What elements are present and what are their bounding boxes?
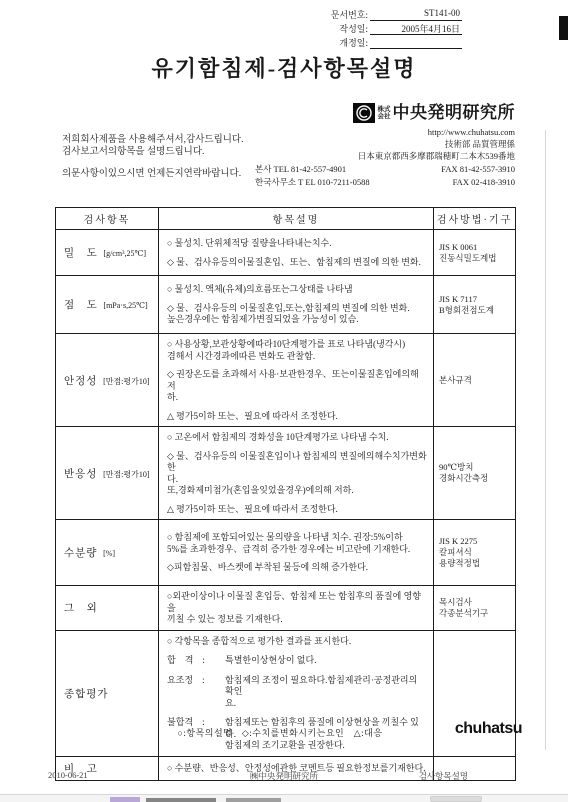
desc-line: ○ 사용상황,보관상황에따라10단계평가를 표로 나타냄(냉각시) 겸해서 시간… (167, 339, 427, 362)
company-contact-row-2: 한국사무소 T EL 010-7211-0588 FAX 02-418-3910 (255, 176, 515, 188)
desc-line: ◇ 물、검사유등의이물질혼입、또는、함침제의 변질에 의한 변화. (167, 257, 427, 269)
symbol-legend: ○:항목의설명 ◇:수치를변화시키는요인 △:대응 (140, 726, 420, 739)
company-name: 中央発明研究所 (393, 107, 516, 119)
doc-number-label: 문서번호: (331, 8, 368, 21)
cropped-corner-mark (559, 16, 568, 40)
company-prefix-line1: 株式 (378, 106, 391, 113)
cropped-fragment (430, 796, 482, 802)
method-cell: 본사규격 (434, 334, 516, 427)
company-block: 株式 会社 中央発明研究所 http://www.chuhatsu.com 技術… (255, 103, 515, 188)
table-row-moisture: 수분량 [%] ○ 함침제에 포함되어있는 물의량을 나타냄 치수. 권장:5%… (56, 520, 516, 586)
company-name-row: 株式 会社 中央発明研究所 (255, 103, 515, 123)
description-cell: ○외관이상이나 이물질 혼입등、함침제 또는 함침후의 품질에 영향을 끼칠 수… (159, 586, 434, 631)
cropped-fragment (110, 797, 140, 802)
verdict-adjust-label: 요조정 : (167, 675, 225, 710)
verdict-adjust: 요조정 : 함침제의 조정이 필요하다.함침제관리·공정관리의 확인 요. (167, 675, 427, 710)
greeting-line-2: 검사보고서의항목을 설명드립니다. (62, 146, 244, 158)
doc-number-row: 문서번호: ST141-00 (331, 8, 462, 21)
page-title: 유기함침제-검사항목설명 (0, 52, 568, 83)
page-edge-shadow (545, 130, 546, 750)
desc-line: △ 평가5이하 또는、필요에 따라서 조정한다. (167, 504, 427, 516)
method-cell: 90℃방치 경화시간측정 (434, 427, 516, 520)
item-name: 종합평가 (64, 689, 109, 700)
item-name: 점 도 (64, 300, 98, 311)
item-cell: 밀 도 [g/cm³,25℃] (56, 230, 159, 276)
created-date-value: 2005年4月16日 (370, 22, 462, 35)
company-logo-icon (353, 103, 375, 123)
desc-line: ○ 물성치. 단위체적당 질량을나타내는치수. (167, 238, 427, 250)
desc-line: ○ 물성치. 액체(유체)의흐름또는그상태를 나타냄 (167, 284, 427, 296)
table-row-other: 그 외 ○외관이상이나 이물질 혼입등、함침제 또는 함침후의 품질에 영향을 … (56, 586, 516, 631)
item-cell: 점 도 [mPa·s,25℃] (56, 276, 159, 334)
document-page: 문서번호: ST141-00 작성일: 2005年4月16日 개정일: 유기함침… (0, 0, 568, 802)
company-prefix-line2: 会社 (378, 113, 391, 120)
table-row-stability: 안정성 [만점:평가10] ○ 사용상황,보관상황에따라10단계평가를 표로 나… (56, 334, 516, 427)
company-fax-2: FAX 02-418-3910 (453, 176, 515, 188)
verdict-pass-text: 특별한이상현상이 없다. (225, 655, 427, 667)
company-fax-1: FAX 81-42-557-3910 (441, 163, 515, 175)
cropped-fragment (146, 798, 216, 802)
description-cell: ○ 물성치. 액체(유체)의흐름또는그상태를 나타냄 ◇ 물、검사유등의 이물질… (159, 276, 434, 334)
desc-line: ○ 각항목을 종합적으로 평가한 결과를 표시한다. (167, 636, 427, 648)
method-cell: JIS K 0061 진동식밀도계법 (434, 230, 516, 276)
item-name: 안정성 (64, 376, 97, 387)
created-date-row: 작성일: 2005年4月16日 (331, 22, 462, 35)
cropped-fragment (226, 798, 281, 802)
description-cell: ○ 함침제에 포함되어있는 물의량을 나타냄 치수. 권장:5%이하 5%를 초… (159, 520, 434, 586)
header-inspection-item: 검사항목 (56, 208, 159, 230)
method-cell: 목시검사 각종분석기구 (434, 586, 516, 631)
doc-meta: 문서번호: ST141-00 작성일: 2005年4月16日 개정일: (331, 8, 462, 50)
desc-line: ○ 고온에서 함침제의 경화성을 10단계평가로 나타냄 수치. (167, 432, 427, 444)
revision-date-row: 개정일: (331, 36, 462, 49)
method-cell: JIS K 7117 B형회전점도계 (434, 276, 516, 334)
desc-line: ○외관이상이나 이물질 혼입등、함침제 또는 함침후의 품질에 영향을 끼칠 수… (167, 591, 427, 626)
item-unit: [%] (103, 549, 115, 558)
item-name: 그 외 (64, 603, 98, 614)
footer-company: ㈱中央発明研究所 (0, 770, 568, 782)
inspection-table: 검사항목 항목설명 검사방법·기구 밀 도 [g/cm³,25℃] ○ 물성치.… (55, 207, 516, 781)
company-address: 日本東京都西多摩郡瑞穂町二本木539番地 (255, 150, 515, 162)
description-cell: ○ 사용상황,보관상황에따라10단계평가를 표로 나타냄(냉각시) 겸해서 시간… (159, 334, 434, 427)
header-method: 검사방법·기구 (434, 208, 516, 230)
item-cell: 안정성 [만점:평가10] (56, 334, 159, 427)
header-item-description: 항목설명 (159, 208, 434, 230)
company-url: http://www.chuhatsu.com (255, 126, 515, 138)
item-unit: [mPa·s,25℃] (103, 301, 147, 310)
created-date-label: 작성일: (339, 22, 368, 35)
item-cell: 수분량 [%] (56, 520, 159, 586)
method-cell: JIS K 2275 칼피셔식 용량적정법 (434, 520, 516, 586)
desc-line: ◇ 물、검사유등의 이물질혼입이나 함침제의 변질에의해수치가변화한 다. 또,… (167, 451, 427, 497)
item-name: 반응성 (64, 469, 97, 480)
verdict-pass: 합 격 : 특별한이상현상이 없다. (167, 655, 427, 667)
item-name: 밀 도 (64, 248, 98, 259)
desc-line: ◇ 권장온도를 초과해서 사용·보관한경우、또는이물질혼입에의해 저 하. (167, 369, 427, 404)
desc-line: △ 평가5이하 또는、필요에 따라서 조정한다. (167, 411, 427, 423)
company-tel-1: 본사 TEL 81-42-557-4901 (255, 163, 346, 175)
desc-line: ○ 함침제에 포함되어있는 물의량을 나타냄 치수. 권장:5%이하 5%를 초… (167, 532, 427, 555)
table-row-density: 밀 도 [g/cm³,25℃] ○ 물성치. 단위체적당 질량을나타내는치수. … (56, 230, 516, 276)
item-name: 수분량 (64, 548, 97, 559)
item-cell: 반응성 [만점:평가10] (56, 427, 159, 520)
chuhatsu-logo: chuhatsu (455, 720, 522, 738)
description-cell: ○ 고온에서 함침제의 경화성을 10단계평가로 나타냄 수치. ◇ 물、검사유… (159, 427, 434, 520)
desc-line: ◇피함침물、바스켓에 부착된 물등에 의해 증가한다. (167, 562, 427, 574)
company-prefix: 株式 会社 (378, 106, 391, 120)
company-dept: 技術部 品質管理係 (255, 138, 515, 150)
greeting-text: 저희회사제품을 사용해주셔서,감사드립니다. 검사보고서의항목을 설명드립니다.… (62, 134, 244, 180)
footer-doc-name: 검사항목설명 (419, 770, 468, 782)
item-unit: [g/cm³,25℃] (103, 249, 146, 258)
table-row-reactivity: 반응성 [만점:평가10] ○ 고온에서 함침제의 경화성을 10단계평가로 나… (56, 427, 516, 520)
table-row-viscosity: 점 도 [mPa·s,25℃] ○ 물성치. 액체(유체)의흐름또는그상태를 나… (56, 276, 516, 334)
desc-line: ◇ 물、검사유등의 이물질혼입,또는,함침제의 변질에 의한 변화. 높은경우에… (167, 303, 427, 326)
greeting-line-1: 저희회사제품을 사용해주셔서,감사드립니다. (62, 134, 244, 146)
greeting-line-3: 의문사항이있으시면 언제든지연락바랍니다. (62, 168, 244, 180)
item-cell: 그 외 (56, 586, 159, 631)
doc-number-value: ST141-00 (370, 8, 462, 21)
item-unit: [만점:평가10] (103, 377, 149, 386)
item-unit: [만점:평가10] (103, 470, 149, 479)
verdict-adjust-text: 함침제의 조정이 필요하다.함침제관리·공정관리의 확인 요. (225, 675, 427, 710)
verdict-pass-label: 합 격 : (167, 655, 225, 667)
description-cell: ○ 물성치. 단위체적당 질량을나타내는치수. ◇ 물、검사유등의이물질혼입、또… (159, 230, 434, 276)
table-header-row: 검사항목 항목설명 검사방법·기구 (56, 208, 516, 230)
revision-date-value (370, 36, 462, 49)
company-contact-row-1: 본사 TEL 81-42-557-4901 FAX 81-42-557-3910 (255, 163, 515, 175)
revision-date-label: 개정일: (339, 36, 368, 49)
company-tel-2: 한국사무소 T EL 010-7211-0588 (255, 176, 370, 188)
cropped-window-edge (0, 794, 568, 802)
